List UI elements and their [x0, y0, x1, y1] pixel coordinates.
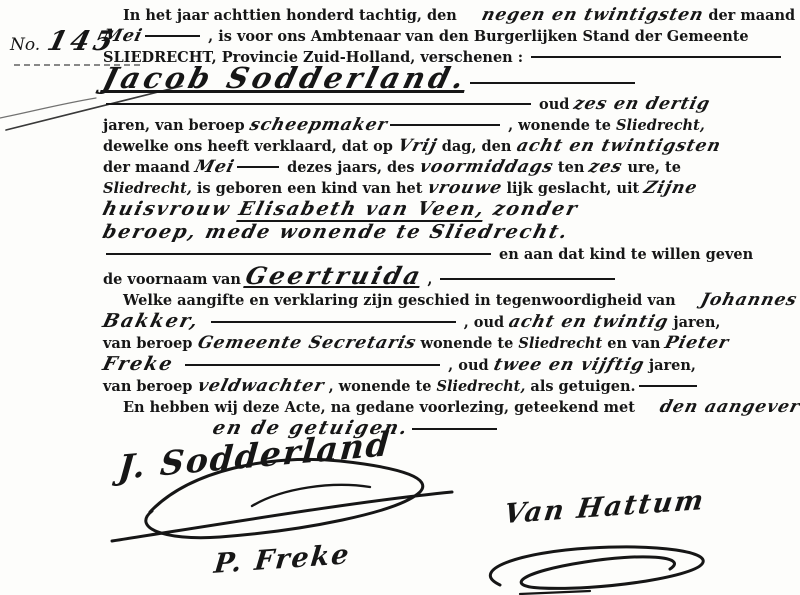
doc-line: Welke aangifte en verklaring zijn geschi…: [103, 290, 797, 311]
birth-certificate-page: No.145 In het jaar achttien honderd tach…: [0, 0, 800, 595]
paraaf-flourish-icon: [490, 547, 703, 588]
fill-rule: [211, 321, 456, 323]
printed-text: jaren,: [644, 357, 696, 374]
printed-text: lijk geslacht, uit: [501, 180, 644, 197]
doc-line: der maand Mei dezes jaars, des voormidda…: [103, 157, 797, 178]
handwritten-text: negen en twintigsten: [459, 5, 706, 26]
fill-rule: [106, 253, 491, 255]
doc-line: dewelke ons heeft verklaard, dat op Vrij…: [103, 136, 797, 157]
doc-line: beroep, mede wonende te Sliedrecht.: [103, 222, 797, 244]
fill-rule: [106, 103, 531, 105]
handwritten-text: Johannes: [678, 290, 799, 311]
handwritten-text: beroep, mede wonende te Sliedrecht.: [100, 222, 571, 243]
handwritten-text: zes en dertig: [572, 94, 713, 115]
doc-line: huisvrouw Elisabeth van Veen, zonder: [103, 199, 797, 222]
fill-rule: [237, 166, 279, 168]
handwritten-text: Freke: [100, 354, 184, 375]
printed-text: der maand: [703, 7, 795, 24]
doc-line: en aan dat kind te willen geven: [103, 244, 797, 265]
printed-text: dag, den: [437, 138, 517, 155]
printed-text: ten: [553, 159, 590, 176]
paraaf-flourish-icon: [520, 591, 590, 594]
printed-text: van beroep: [103, 335, 198, 352]
pen-stroke-icon: [0, 98, 96, 118]
handwritten-text: twee en vijftig: [491, 355, 646, 376]
fill-rule: [185, 364, 440, 366]
printed-text: dewelke ons heeft verklaard, dat op: [103, 138, 398, 155]
fill-rule: [531, 56, 781, 58]
printed-text: Sliedrecht,: [103, 180, 192, 197]
printed-text: Sliedrecht,: [616, 117, 705, 134]
printed-text: , oud: [459, 314, 510, 331]
fill-rule: [412, 428, 497, 430]
signature-registrar: Van Hattum: [502, 485, 707, 530]
printed-text: En hebben wij deze Acte, na gedane voorl…: [123, 399, 640, 416]
act-number-label: No.: [10, 35, 40, 55]
doc-line: van beroep Gemeente Secretaris wonende t…: [103, 333, 797, 354]
printed-text: , wonende te: [324, 378, 437, 395]
doc-line: Mei , is voor ons Ambtenaar van den Burg…: [103, 26, 797, 47]
act-body: In het jaar achttien honderd tachtig, de…: [103, 5, 797, 440]
handwritten-text: vrouwe: [425, 178, 504, 199]
printed-text: jaren,: [668, 314, 720, 331]
doc-line: Freke , oud twee en vijftig jaren,: [103, 354, 797, 376]
handwritten-text: Mei: [192, 157, 236, 178]
handwritten-text: veldwachter: [195, 376, 326, 397]
doc-line: de voornaam van Geertruida ,: [103, 265, 797, 290]
printed-text: oud: [534, 96, 574, 113]
fill-rule: [145, 35, 200, 37]
handwritten-text: acht en twintig: [507, 312, 671, 333]
doc-line: Jacob Sodderland.: [103, 68, 797, 94]
printed-text: als getuigen.: [525, 378, 635, 395]
printed-text: wonende te: [415, 335, 518, 352]
handwritten-text: Bakker,: [100, 311, 210, 332]
handwritten-text: zonder: [482, 199, 581, 220]
printed-text: jaren, van beroep: [103, 117, 250, 134]
doc-line: In het jaar achttien honderd tachtig, de…: [103, 5, 797, 26]
handwritten-text: Pieter: [663, 333, 732, 354]
doc-line: en de getuigen.: [103, 418, 797, 440]
printed-text: , oud: [443, 357, 494, 374]
printed-text: de voornaam van: [103, 271, 246, 288]
doc-line: Sliedrecht, is geboren een kind van het …: [103, 178, 797, 199]
fill-rule: [440, 278, 615, 280]
doc-line: jaren, van beroep scheepmaker , wonende …: [103, 115, 797, 136]
handwritten-text: Elisabeth van Veen,: [236, 199, 488, 222]
handwritten-text: voormiddags: [417, 157, 555, 178]
handwritten-text: acht en twintigsten: [514, 136, 723, 157]
printed-text: der maand: [103, 159, 195, 176]
printed-text: Sliedrecht,: [437, 378, 526, 395]
printed-text: Sliedrecht: [518, 335, 602, 352]
signature-witness-freke: P. Freke: [213, 539, 353, 580]
printed-text: en aan dat kind te willen geven: [494, 246, 753, 263]
doc-line: van beroep veldwachter , wonende te Slie…: [103, 376, 797, 397]
fill-rule: [390, 124, 500, 126]
handwritten-text: den aangever: [637, 397, 800, 418]
handwritten-text: Mei: [100, 26, 144, 47]
printed-text: Welke aangifte en verklaring zijn geschi…: [123, 292, 681, 309]
printed-text: , wonende te: [503, 117, 616, 134]
fill-rule: [639, 385, 697, 387]
printed-text: van beroep: [103, 378, 198, 395]
handwritten-text: Gemeente Secretaris: [195, 333, 418, 354]
handwritten-text: Zijne: [642, 178, 700, 199]
witness-signature-flourish-icon: [112, 492, 452, 541]
doc-line: En hebben wij deze Acte, na gedane voorl…: [103, 397, 797, 418]
printed-text: dezes jaars, des: [282, 159, 420, 176]
handwritten-text: zes: [587, 157, 625, 178]
handwritten-text: Geertruida: [243, 265, 425, 288]
printed-text: In het jaar achttien honderd tachtig, de…: [123, 7, 462, 24]
handwritten-text: huisvrouw: [100, 199, 241, 220]
fill-rule: [470, 82, 635, 84]
printed-text: is geboren een kind van het: [192, 180, 428, 197]
printed-text: , is voor ons Ambtenaar van den Burgerli…: [203, 28, 749, 45]
printed-text: ure, te: [622, 159, 680, 176]
doc-line: Bakker, , oud acht en twintig jaren,: [103, 311, 797, 333]
doc-line: oud zes en dertig: [103, 94, 797, 115]
witness-signature-flourish-icon: [252, 485, 370, 506]
handwritten-text: Vrij: [395, 136, 439, 157]
handwritten-text: scheepmaker: [247, 115, 390, 136]
printed-text: ,: [422, 271, 437, 288]
handwritten-text: Jacob Sodderland.: [100, 68, 470, 93]
printed-text: en van: [602, 335, 665, 352]
